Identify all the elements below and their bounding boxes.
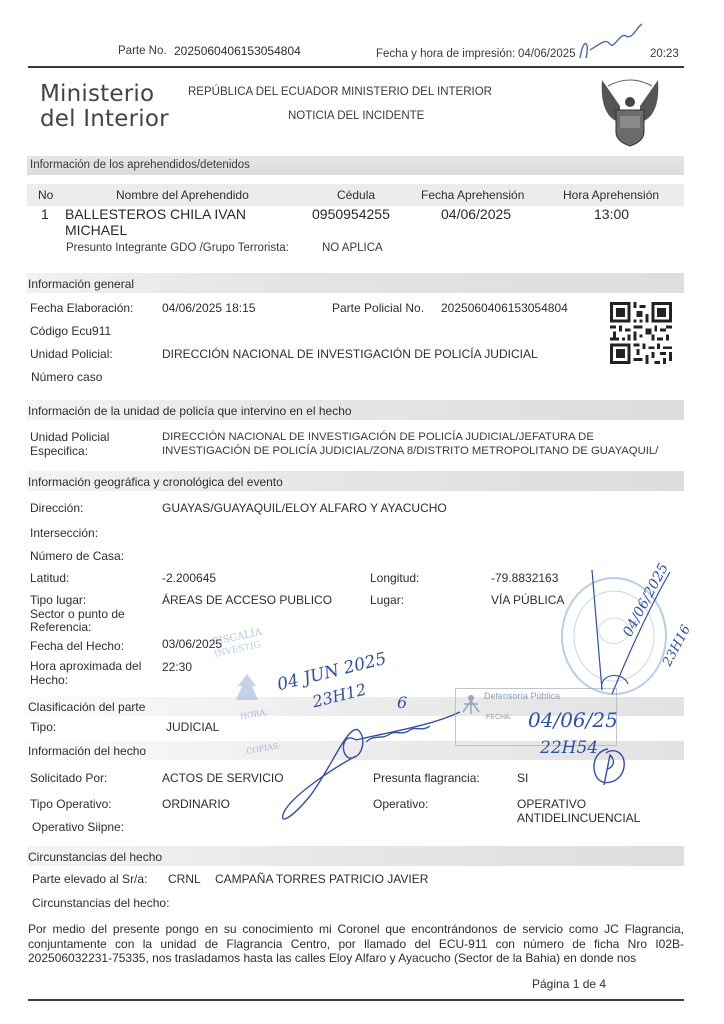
col-header-no: No	[38, 188, 53, 202]
hora-hecho-label-2: Hecho:	[30, 673, 68, 687]
handwritten-signature-icon	[576, 14, 646, 64]
fiscalia-emblem-icon	[232, 672, 262, 706]
interseccion-label: Intersección:	[30, 526, 98, 540]
defensoria-fecha-label: FECHA:	[486, 714, 512, 721]
tipo-value: JUDICIAL	[166, 720, 219, 734]
sector-label-1: Sector o punto de	[30, 607, 125, 621]
unidad-especifica-label-2: Especifica:	[30, 444, 88, 458]
unidad-especifica-label-1: Unidad Policial	[30, 430, 109, 444]
defensoria-logo-icon	[460, 692, 482, 716]
unidad-especifica-value-1: DIRECCIÓN NACIONAL DE INVESTIGACIÓN DE P…	[162, 431, 594, 443]
section-title-unidad: Información de la unidad de policía que …	[28, 404, 352, 418]
direccion-label: Dirección:	[30, 501, 83, 515]
elevado-rank: CRNL	[168, 872, 201, 886]
operativo-value-2: ANTIDELINCUENCIAL	[517, 811, 640, 825]
tipo-operativo-label: Tipo Operativo:	[30, 797, 112, 811]
signature-icon	[270, 700, 470, 830]
qr-code-icon	[610, 302, 672, 364]
print-date-value: 04/06/2025	[518, 48, 576, 60]
print-date-label: Fecha y hora de impresión:	[376, 48, 515, 60]
unidad-policial-label: Unidad Policial:	[30, 347, 113, 361]
elevado-label: Parte elevado al Sr/a:	[32, 872, 147, 886]
solicitado-label: Solicitado Por:	[30, 771, 107, 785]
latitud-label: Latitud:	[30, 571, 69, 585]
police-emblem-icon	[598, 76, 662, 150]
row-nombre-2: MICHAEL	[65, 222, 127, 238]
row-cedula: 0950954255	[312, 206, 390, 222]
print-time-value: 20:23	[650, 48, 679, 60]
parte-policial-value: 2025060406153054804	[441, 301, 568, 315]
operativo-value-1: OPERATIVO	[517, 797, 586, 811]
hora-hecho-label-1: Hora aproximada del	[30, 659, 141, 673]
parte-value: 2025060406153054804	[174, 44, 301, 58]
tipo-operativo-value: ORDINARIO	[162, 797, 230, 811]
unidad-policial-value: DIRECCIÓN NACIONAL DE INVESTIGACIÓN DE P…	[162, 347, 538, 361]
elevado-name: CAMPAÑA TORRES PATRICIO JAVIER	[215, 872, 428, 886]
ministry-logo: Ministerio del Interior	[40, 82, 169, 132]
parte-policial-label: Parte Policial No.	[332, 301, 424, 315]
document-title: NOTICIA DEL INCIDENTE	[288, 110, 424, 122]
footer-divider	[28, 999, 684, 1001]
solicitado-value: ACTOS DE SERVICIO	[162, 771, 284, 785]
col-header-cedula: Cédula	[337, 188, 375, 202]
parte-label: Parte No.	[118, 45, 167, 57]
unidad-especifica-value-2: INVESTIGACIÓN DE POLICÍA JUDICIAL/ZONA 8…	[162, 445, 658, 457]
col-header-fecha: Fecha Aprehensión	[421, 188, 524, 202]
numero-caso-label: Número caso	[31, 370, 102, 384]
tipo-label: Tipo:	[30, 720, 56, 734]
tipo-lugar-value: ÁREAS DE ACCESO PUBLICO	[162, 593, 332, 607]
gdo-value: NO APLICA	[322, 242, 383, 254]
section-title-hecho: Información del hecho	[28, 744, 146, 758]
circunstancias-paragraph: Por medio del presente pongo en su conoc…	[28, 922, 684, 966]
logo-line-1: Ministerio	[40, 82, 169, 107]
page-number: Página 1 de 4	[532, 977, 606, 991]
defensoria-date-handwritten: 04/06/25	[528, 708, 618, 732]
latitud-value: -2.200645	[162, 571, 216, 585]
sector-label-2: Referencia:	[30, 620, 91, 634]
col-header-hora: Hora Aprehensión	[563, 188, 659, 202]
direccion-value: GUAYAS/GUAYAQUIL/ELOY ALFARO Y AYACUCHO	[162, 501, 447, 515]
section-title-general: Información general	[28, 277, 134, 291]
col-header-nombre: Nombre del Aprehendido	[116, 188, 249, 202]
hora-hecho-value: 22:30	[162, 660, 192, 674]
siipne-label: Operativo Siipne:	[32, 820, 124, 834]
circunstancias-label: Circunstancias del hecho:	[32, 896, 169, 910]
flagrancia-value: SI	[517, 771, 528, 785]
longitud-value: -79.8832163	[491, 571, 558, 585]
defensoria-stamp-text: Defensoría Pública	[484, 691, 560, 701]
longitud-label: Longitud:	[370, 571, 419, 585]
logo-line-2: del Interior	[40, 107, 169, 132]
section-title-geo: Información geográfica y cronológica del…	[28, 475, 283, 489]
row-fecha: 04/06/2025	[441, 206, 511, 222]
fecha-hecho-label: Fecha del Hecho:	[30, 639, 124, 653]
initials-icon	[588, 745, 628, 789]
gdo-label: Presunto Integrante GDO /Grupo Terrorist…	[66, 242, 289, 254]
fecha-elaboracion-label: Fecha Elaboración:	[30, 301, 133, 315]
codigo-ecu911-label: Código Ecu911	[30, 324, 111, 338]
row-no: 1	[41, 206, 49, 222]
numero-casa-label: Número de Casa:	[30, 549, 124, 563]
section-title-circunstancias: Circunstancias del hecho	[28, 850, 162, 864]
lugar-label: Lugar:	[370, 593, 404, 607]
document-authority: REPÚBLICA DEL ECUADOR MINISTERIO DEL INT…	[188, 86, 492, 98]
row-hora: 13:00	[594, 206, 629, 222]
tipo-lugar-label: Tipo lugar:	[30, 593, 86, 607]
fecha-elaboracion-value: 04/06/2025 18:15	[162, 301, 255, 315]
row-nombre-1: BALLESTEROS CHILA IVAN	[65, 206, 246, 222]
section-title-clasificacion: Clasificación del parte	[28, 700, 145, 714]
header-divider	[28, 66, 684, 68]
section-title-aprehendidos: Información de los aprehendidos/detenido…	[30, 159, 250, 171]
